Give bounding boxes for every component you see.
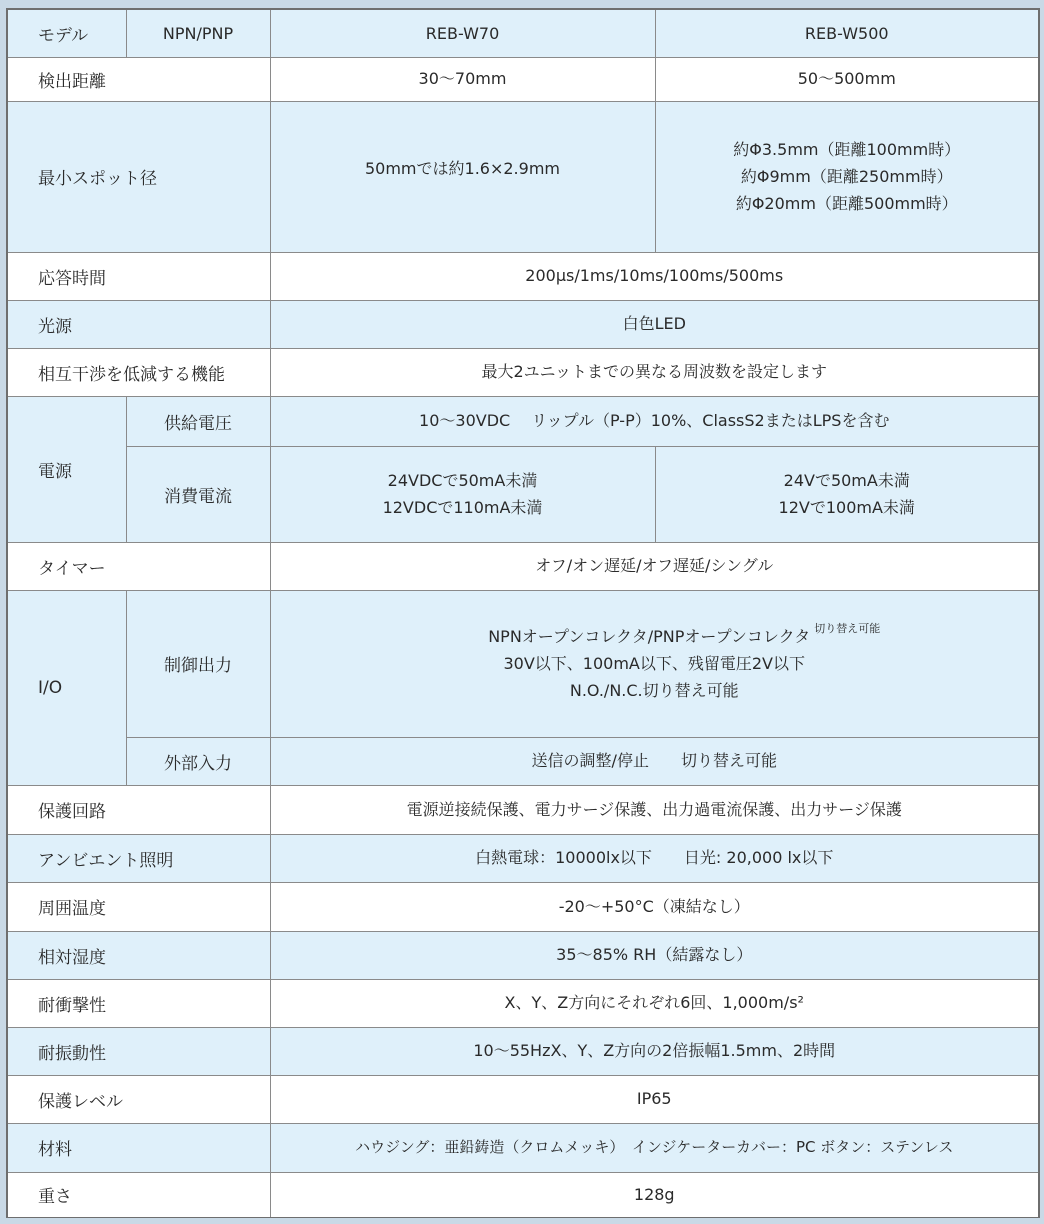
row-io-external-input: 外部入力 送信の調整/停止 切り替え可能	[8, 737, 1038, 785]
interference-value: 最大2ユニットまでの異なる周波数を設定します	[270, 348, 1038, 396]
shock-label: 耐衝撃性	[8, 979, 270, 1027]
control-output-line-2: 30V以下、100mA以下、残留電圧2V以下	[271, 654, 1039, 674]
row-detection-distance: 検出距離 30〜70mm 50〜500mm	[8, 57, 1038, 101]
row-material: 材料 ハウジング：亜鉛鋳造（クロムメッキ） インジケーターカバー：PC ボタン：…	[8, 1123, 1038, 1172]
current-consumption-w500: 24Vで50mA未満 12Vで100mA未満	[655, 446, 1038, 542]
min-spot-w500-line-3: 約Φ20mm（距離500mm時）	[656, 194, 1039, 214]
io-label: I/O	[8, 590, 126, 785]
material-label: 材料	[8, 1123, 270, 1172]
control-output-line-3: N.O./N.C.切り替え可能	[271, 681, 1039, 701]
detection-distance-label: 検出距離	[8, 57, 270, 101]
protection-circuit-value: 電源逆接続保護、電力サージ保護、出力過電流保護、出力サージ保護	[270, 785, 1038, 834]
weight-label: 重さ	[8, 1172, 270, 1217]
response-time-label: 応答時間	[8, 252, 270, 300]
row-shock: 耐衝撃性 X、Y、Z方向にそれぞれ6回、1,000m/s²	[8, 979, 1038, 1027]
header-row: モデル NPN/PNP REB-W70 REB-W500	[8, 10, 1038, 57]
detection-distance-w500: 50〜500mm	[655, 57, 1038, 101]
timer-value: オフ/オン遅延/オフ遅延/シングル	[270, 542, 1038, 590]
row-interference: 相互干渉を低減する機能 最大2ユニットまでの異なる周波数を設定します	[8, 348, 1038, 396]
row-power-current-consumption: 消費電流 24VDCで50mA未満 12VDCで110mA未満 24Vで50mA…	[8, 446, 1038, 542]
spec-table-frame: モデル NPN/PNP REB-W70 REB-W500 検出距離 30〜70m…	[6, 8, 1040, 1218]
shock-value: X、Y、Z方向にそれぞれ6回、1,000m/s²	[270, 979, 1038, 1027]
model-reb-w500: REB-W500	[655, 10, 1038, 57]
material-value: ハウジング：亜鉛鋳造（クロムメッキ） インジケーターカバー：PC ボタン：ステン…	[270, 1123, 1038, 1172]
min-spot-label: 最小スポット径	[8, 101, 270, 252]
humidity-label: 相対湿度	[8, 931, 270, 979]
control-output-line-1: NPNオープンコレクタ/PNPオープンコレクタ切り替え可能	[271, 627, 1039, 647]
current-w500-line-2: 12Vで100mA未満	[656, 498, 1039, 518]
row-humidity: 相対湿度 35〜85% RH（結露なし）	[8, 931, 1038, 979]
row-protection-circuit: 保護回路 電源逆接続保護、電力サージ保護、出力過電流保護、出力サージ保護	[8, 785, 1038, 834]
control-output-note-text: 切り替え可能	[814, 622, 874, 635]
current-w70-line-1: 24VDCで50mA未満	[271, 471, 655, 491]
external-input-label: 外部入力	[126, 737, 270, 785]
current-w70-line-2: 12VDCで110mA未満	[271, 498, 655, 518]
min-spot-w70-text: 50mmでは約1.6×2.9mm	[365, 159, 560, 179]
current-consumption-label: 消費電流	[126, 446, 270, 542]
model-label: モデル	[8, 10, 126, 57]
protection-level-value: IP65	[270, 1075, 1038, 1123]
supply-voltage-label: 供給電圧	[126, 396, 270, 446]
light-source-value: 白色LED	[270, 300, 1038, 348]
ambient-temp-value: -20〜+50°C（凍結なし）	[270, 882, 1038, 931]
interference-label: 相互干渉を低減する機能	[8, 348, 270, 396]
row-io-control-output: I/O 制御出力 NPNオープンコレクタ/PNPオープンコレクタ切り替え可能 3…	[8, 590, 1038, 737]
spec-table: モデル NPN/PNP REB-W70 REB-W500 検出距離 30〜70m…	[8, 10, 1038, 1217]
current-consumption-w70: 24VDCで50mA未満 12VDCで110mA未満	[270, 446, 655, 542]
row-min-spot: 最小スポット径 50mmでは約1.6×2.9mm 約Φ3.5mm（距離100mm…	[8, 101, 1038, 252]
row-weight: 重さ 128g	[8, 1172, 1038, 1217]
power-label: 電源	[8, 396, 126, 542]
model-reb-w70: REB-W70	[270, 10, 655, 57]
control-output-label: 制御出力	[126, 590, 270, 737]
min-spot-w500: 約Φ3.5mm（距離100mm時） 約Φ9mm（距離250mm時） 約Φ20mm…	[655, 101, 1038, 252]
min-spot-w70: 50mmでは約1.6×2.9mm	[270, 101, 655, 252]
row-vibration: 耐振動性 10〜55HzX、Y、Z方向の2倍振幅1.5mm、2時間	[8, 1027, 1038, 1075]
row-ambient-temp: 周囲温度 -20〜+50°C（凍結なし）	[8, 882, 1038, 931]
row-light-source: 光源 白色LED	[8, 300, 1038, 348]
protection-circuit-label: 保護回路	[8, 785, 270, 834]
vibration-label: 耐振動性	[8, 1027, 270, 1075]
row-response-time: 応答時間 200µs/1ms/10ms/100ms/500ms	[8, 252, 1038, 300]
row-protection-level: 保護レベル IP65	[8, 1075, 1038, 1123]
current-w500-line-1: 24Vで50mA未満	[656, 471, 1039, 491]
protection-level-label: 保護レベル	[8, 1075, 270, 1123]
control-output-line-1-text: NPNオープンコレクタ/PNPオープンコレクタ	[488, 627, 810, 646]
detection-distance-w70: 30〜70mm	[270, 57, 655, 101]
light-source-label: 光源	[8, 300, 270, 348]
control-output-value: NPNオープンコレクタ/PNPオープンコレクタ切り替え可能 30V以下、100m…	[270, 590, 1038, 737]
row-power-supply-voltage: 電源 供給電圧 10〜30VDC リップル（P-P）10%、ClassS2または…	[8, 396, 1038, 446]
vibration-value: 10〜55HzX、Y、Z方向の2倍振幅1.5mm、2時間	[270, 1027, 1038, 1075]
row-ambient-light: アンビエント照明 白熱電球：10000lx以下 日光: 20,000 lx以下	[8, 834, 1038, 882]
ambient-light-label: アンビエント照明	[8, 834, 270, 882]
row-timer: タイマー オフ/オン遅延/オフ遅延/シングル	[8, 542, 1038, 590]
weight-value: 128g	[270, 1172, 1038, 1217]
ambient-light-value: 白熱電球：10000lx以下 日光: 20,000 lx以下	[270, 834, 1038, 882]
humidity-value: 35〜85% RH（結露なし）	[270, 931, 1038, 979]
supply-voltage-value: 10〜30VDC リップル（P-P）10%、ClassS2またはLPSを含む	[270, 396, 1038, 446]
ambient-temp-label: 周囲温度	[8, 882, 270, 931]
timer-label: タイマー	[8, 542, 270, 590]
type-label: NPN/PNP	[126, 10, 270, 57]
min-spot-w500-line-2: 約Φ9mm（距離250mm時）	[656, 167, 1039, 187]
external-input-value: 送信の調整/停止 切り替え可能	[270, 737, 1038, 785]
min-spot-w500-line-1: 約Φ3.5mm（距離100mm時）	[656, 140, 1039, 160]
response-time-value: 200µs/1ms/10ms/100ms/500ms	[270, 252, 1038, 300]
